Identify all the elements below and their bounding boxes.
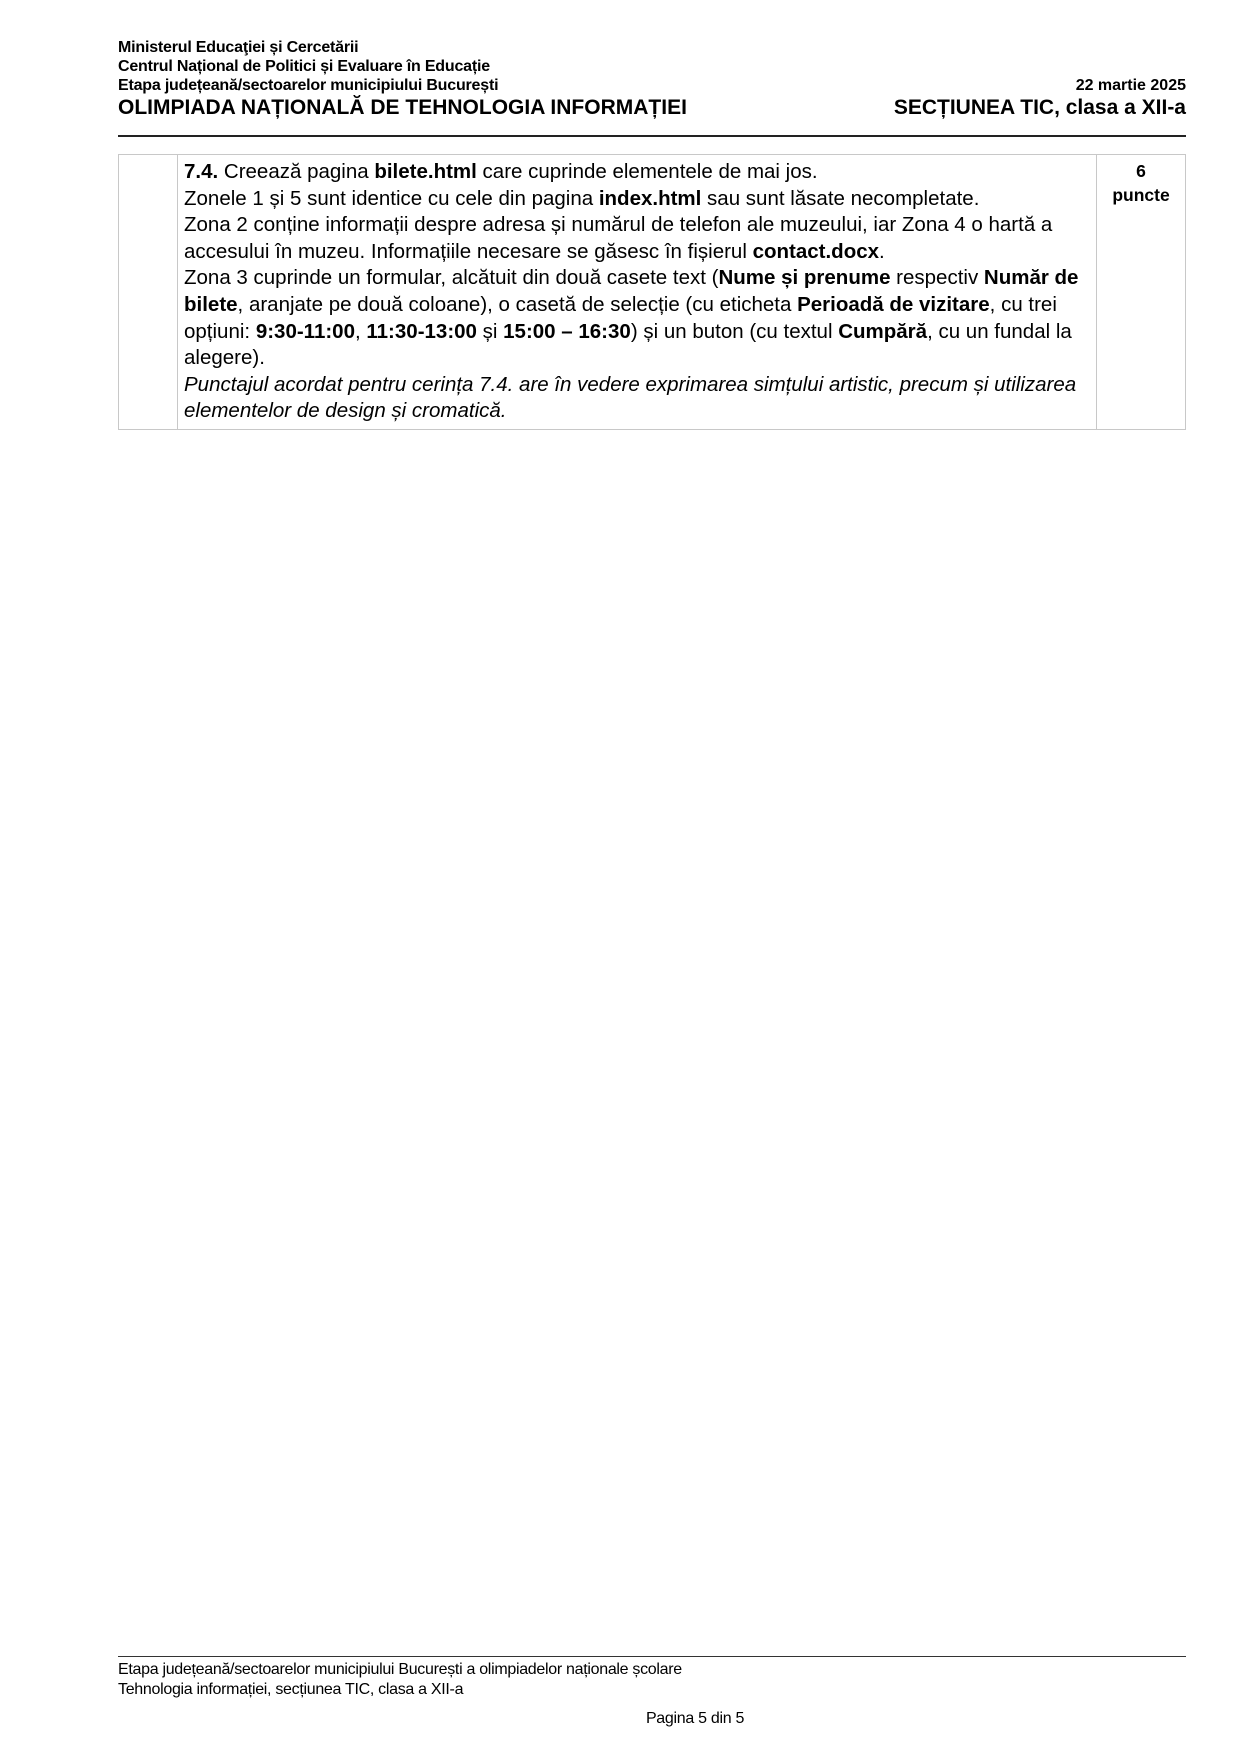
points-cell: 6 puncte bbox=[1097, 155, 1186, 430]
task-row: 7.4. Creează pagina bilete.html care cup… bbox=[119, 155, 1186, 430]
task-index-cell bbox=[119, 155, 178, 430]
footer-line-1: Etapa județeană/sectoarelor municipiului… bbox=[118, 1660, 1186, 1680]
task-text-cell: 7.4. Creează pagina bilete.html care cup… bbox=[178, 155, 1097, 430]
task-number: 7.4. bbox=[184, 160, 218, 183]
stage-name: Etapa județeană/sectoarelor municipiului… bbox=[118, 76, 1186, 95]
task-line-2: Zonele 1 și 5 sunt identice cu cele din … bbox=[184, 186, 1090, 213]
points-value: 6 bbox=[1097, 159, 1185, 183]
footer-line-2: Tehnologia informației, secțiunea TIC, c… bbox=[118, 1680, 1186, 1700]
task-line-1: 7.4. Creează pagina bilete.html care cup… bbox=[184, 159, 1090, 186]
exam-date: 22 martie 2025 bbox=[1076, 76, 1186, 95]
ministry-name: Ministerul Educaţiei și Cercetării bbox=[118, 38, 1186, 57]
filename-bilete: bilete.html bbox=[374, 160, 477, 183]
filename-index: index.html bbox=[599, 187, 702, 210]
header-divider bbox=[118, 135, 1186, 137]
page-footer: Etapa județeană/sectoarelor municipiului… bbox=[118, 1660, 1186, 1729]
page-header: Ministerul Educaţiei și Cercetării Centr… bbox=[118, 38, 1186, 120]
scoring-note: Punctajul acordat pentru cerința 7.4. ar… bbox=[184, 372, 1090, 425]
points-label: puncte bbox=[1097, 183, 1185, 207]
task-line-4: Zona 3 cuprinde un formular, alcătuit di… bbox=[184, 265, 1090, 371]
task-table: 7.4. Creează pagina bilete.html care cup… bbox=[118, 154, 1186, 430]
task-line-3: Zona 2 conține informații despre adresa … bbox=[184, 212, 1090, 265]
footer-divider bbox=[118, 1656, 1186, 1657]
section-label: SECȚIUNEA TIC, clasa a XII-a bbox=[894, 96, 1186, 120]
filename-contact: contact.docx bbox=[753, 240, 879, 263]
page-number: Pagina 5 din 5 bbox=[118, 1709, 1186, 1729]
center-name: Centrul Național de Politici și Evaluare… bbox=[118, 57, 1186, 76]
